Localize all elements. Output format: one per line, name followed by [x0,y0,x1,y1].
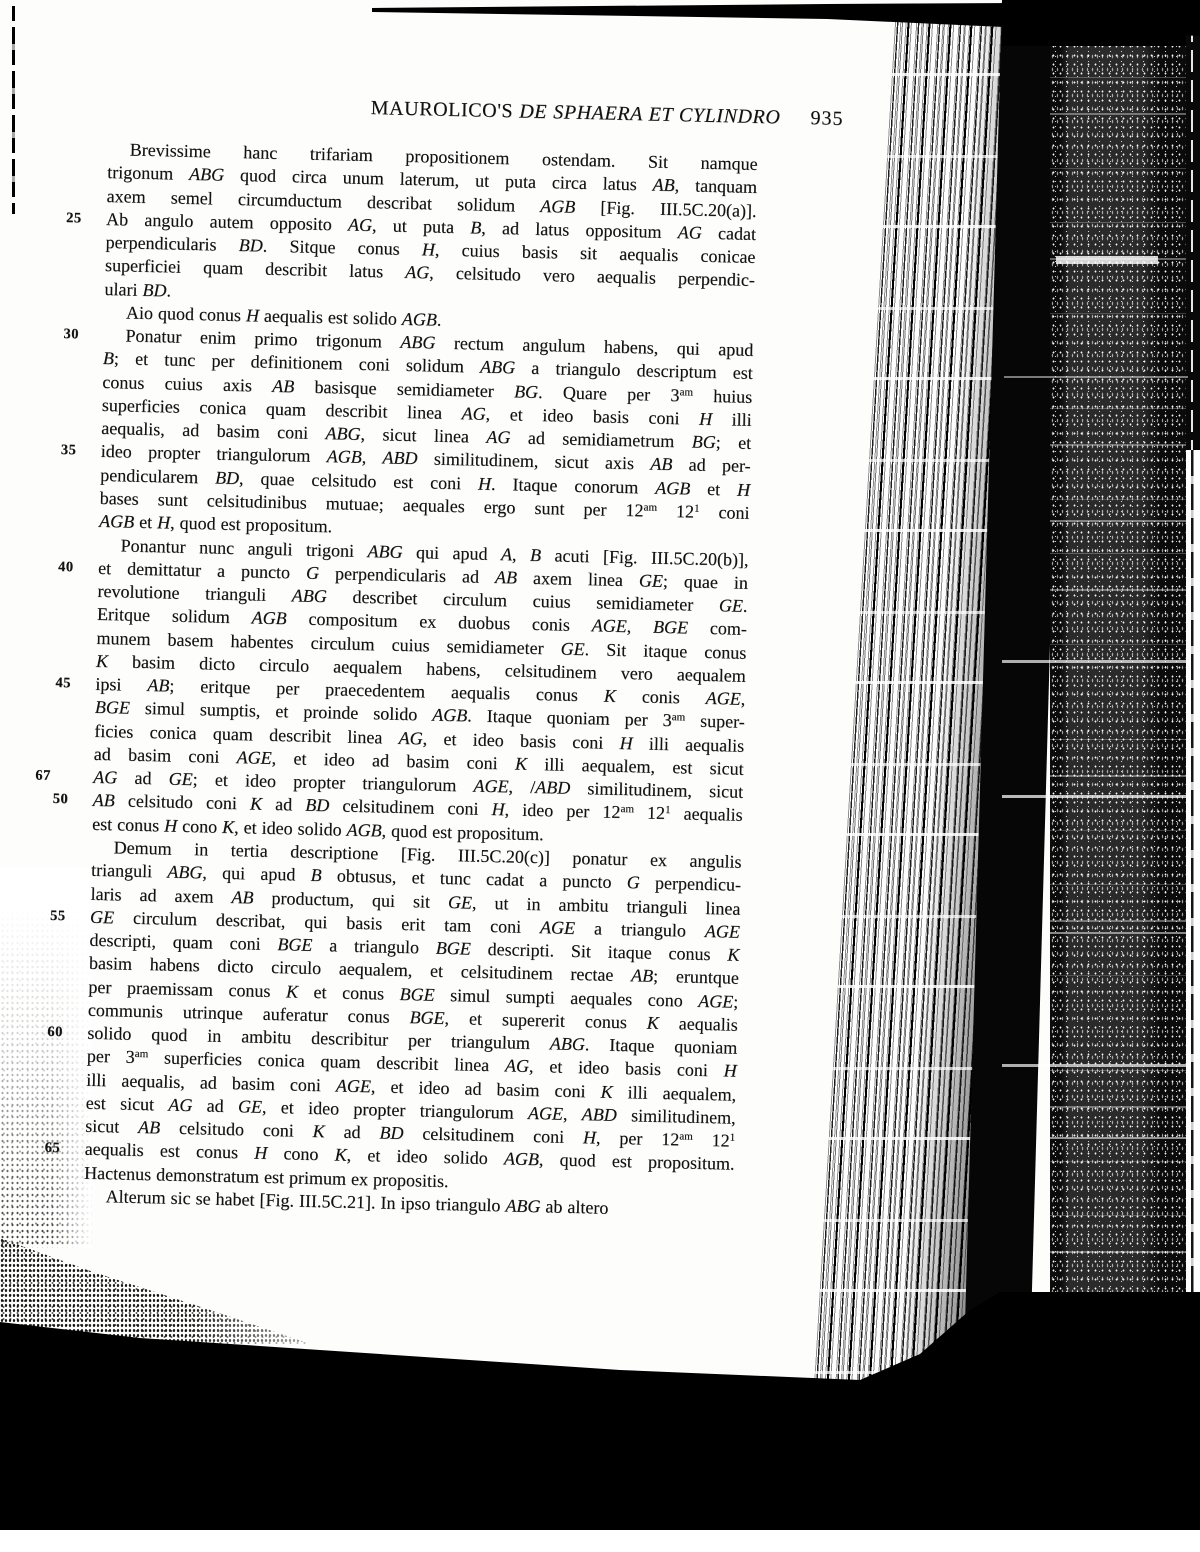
line-number: 45 [55,672,90,696]
scan-scratch-line [1004,376,1188,378]
scan-scratch-line [1050,1137,1188,1139]
running-head-title: DE SPHAERA ET CYLINDRO [519,100,781,128]
scan-scratch-line [1050,520,1188,522]
line-number: 35 [61,439,96,463]
scan-scratch-line [1002,795,1188,798]
line-number: 50 [52,788,87,812]
scan-scratch-line [1050,932,1188,934]
running-head: MAUROLICO'S DE SPHAERA ET CYLINDRO 935 [370,97,843,131]
body-text: Brevissime hanc trifariam propositionem … [83,138,757,1223]
running-head-author: MAUROLICO'S [371,97,514,122]
scan-artifact-right-margin-top [1186,20,1200,450]
line-number: 55 [50,905,85,929]
scan-scratch-line [1002,1064,1188,1067]
page-content: MAUROLICO'S DE SPHAERA ET CYLINDRO 935 B… [83,138,757,1223]
scanned-page: MAUROLICO'S DE SPHAERA ET CYLINDRO 935 B… [0,0,1200,1552]
page-number: 935 [810,107,843,130]
line-number: 40 [58,556,93,580]
line-number: 25 [66,207,101,231]
line-number: 60 [47,1021,82,1045]
scan-scratch-line [1056,256,1158,264]
scan-artifact-left-dashed-line [12,6,15,214]
line-number: 30 [63,323,98,347]
line-number: 65 [44,1137,79,1161]
scan-bottom-margin [0,1530,1200,1552]
scan-scratch-line [1002,660,1188,663]
line-number: 67 [35,765,70,789]
